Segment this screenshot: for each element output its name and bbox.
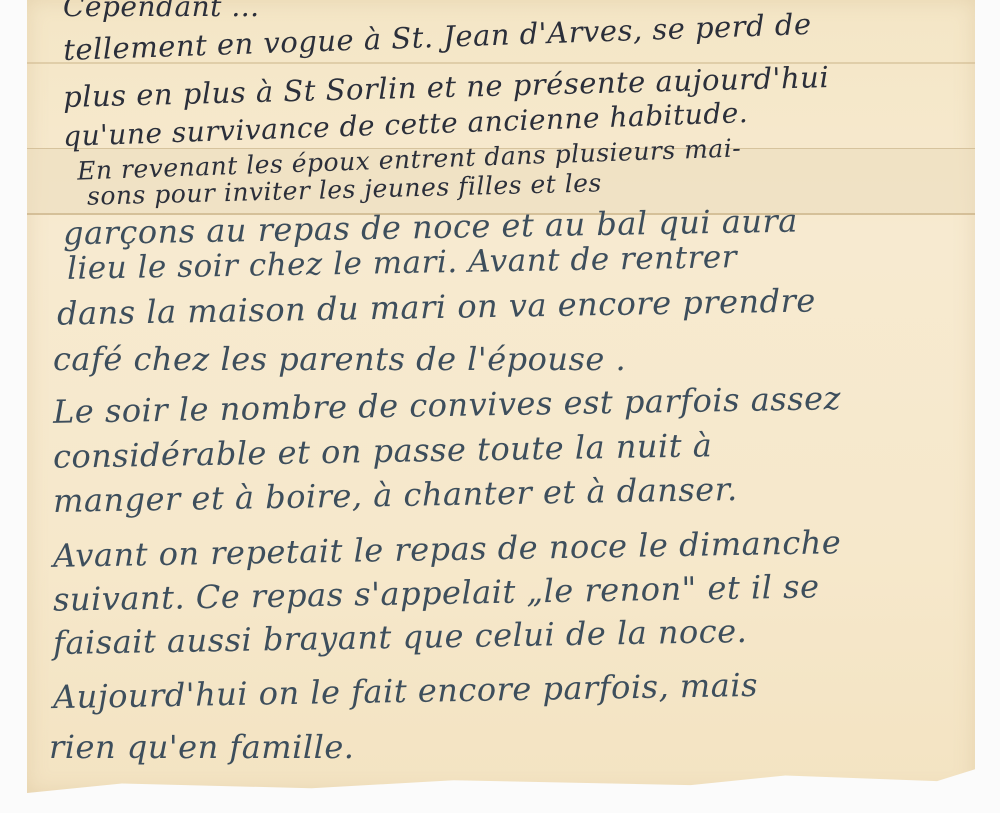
text-line-10: café chez les parents de l'épouse . [53, 340, 626, 378]
text-line-13: manger et à boire, à chanter et à danser… [53, 470, 738, 520]
text-line-9: dans la maison du mari on va encore pren… [57, 281, 816, 332]
text-line-11: Le soir le nombre de convives est parfoi… [53, 379, 841, 431]
text-line-12: considérable et on passe toute la nuit à [53, 426, 713, 476]
handwritten-page: Cependant ... tellement en vogue à St. J… [27, 0, 975, 793]
text-line-17: Aujourd'hui on le fait encore parfois, m… [53, 666, 759, 716]
text-line-1: Cependant ... [63, 0, 260, 23]
text-line-14: Avant on repetait le repas de noce le di… [53, 523, 842, 575]
text-line-18: rien qu'en famille. [49, 728, 354, 766]
text-line-15: suivant. Ce repas s'appelait „le renon" … [53, 567, 820, 618]
text-line-16: faisait aussi brayant que celui de la no… [53, 612, 748, 662]
